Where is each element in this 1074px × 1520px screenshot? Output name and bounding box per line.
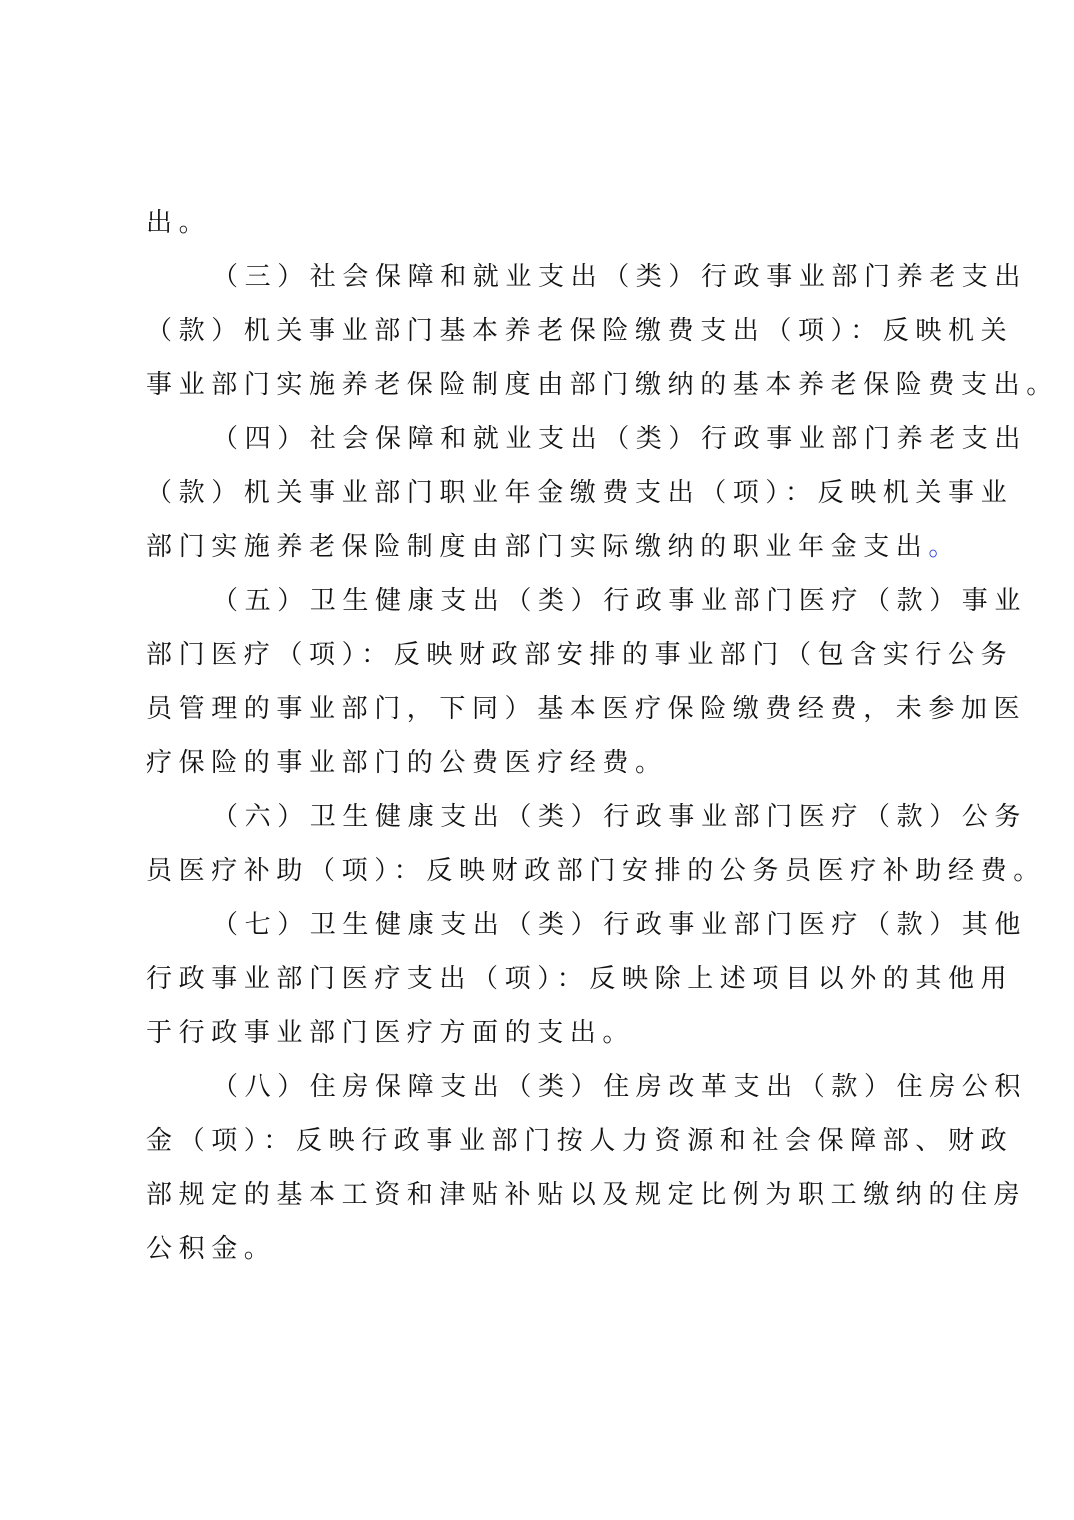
paragraph-8-line-1: （八）住房保障支出（类）住房改革支出（款）住房公积: [146, 1060, 936, 1114]
paragraph-5-line-4: 疗保险的事业部门的公费医疗经费。: [146, 736, 936, 790]
paragraph-7-line-2: 行政事业部门医疗支出（项）：反映除上述项目以外的其他用: [146, 952, 936, 1006]
document-body: 出。 （三）社会保障和就业支出（类）行政事业部门养老支出 （款）机关事业部门基本…: [146, 196, 936, 1276]
paragraph-4-line-2: （款）机关事业部门职业年金缴费支出（项）：反映机关事业: [146, 466, 936, 520]
blue-period-mark: 。: [928, 532, 961, 562]
paragraph-8-line-3: 部规定的基本工资和津贴补贴以及规定比例为职工缴纳的住房: [146, 1168, 936, 1222]
paragraph-3-line-1: （三）社会保障和就业支出（类）行政事业部门养老支出: [146, 250, 936, 304]
paragraph-5-line-2: 部门医疗（项）：反映财政部安排的事业部门（包含实行公务: [146, 628, 936, 682]
paragraph-3-line-2: （款）机关事业部门基本养老保险缴费支出（项）：反映机关: [146, 304, 936, 358]
paragraph-2-end-line: 出。: [146, 196, 936, 250]
paragraph-8-line-4: 公积金。: [146, 1222, 936, 1276]
paragraph-5-line-3: 员管理的事业部门，下同）基本医疗保险缴费经费，未参加医: [146, 682, 936, 736]
paragraph-3-line-3: 事业部门实施养老保险制度由部门缴纳的基本养老保险费支出。: [146, 358, 936, 412]
paragraph-6-line-1: （六）卫生健康支出（类）行政事业部门医疗（款）公务: [146, 790, 936, 844]
paragraph-8-line-2: 金（项）：反映行政事业部门按人力资源和社会保障部、财政: [146, 1114, 936, 1168]
paragraph-7-line-3: 于行政事业部门医疗方面的支出。: [146, 1006, 936, 1060]
paragraph-4-line-3: 部门实施养老保险制度由部门实际缴纳的职业年金支出。: [146, 520, 936, 574]
paragraph-5-line-1: （五）卫生健康支出（类）行政事业部门医疗（款）事业: [146, 574, 936, 628]
paragraph-4-line-1: （四）社会保障和就业支出（类）行政事业部门养老支出: [146, 412, 936, 466]
paragraph-4-line-3-text: 部门实施养老保险制度由部门实际缴纳的职业年金支出: [146, 532, 928, 562]
paragraph-7-line-1: （七）卫生健康支出（类）行政事业部门医疗（款）其他: [146, 898, 936, 952]
paragraph-6-line-2: 员医疗补助（项）：反映财政部门安排的公务员医疗补助经费。: [146, 844, 936, 898]
document-page: 出。 （三）社会保障和就业支出（类）行政事业部门养老支出 （款）机关事业部门基本…: [0, 0, 1074, 1520]
